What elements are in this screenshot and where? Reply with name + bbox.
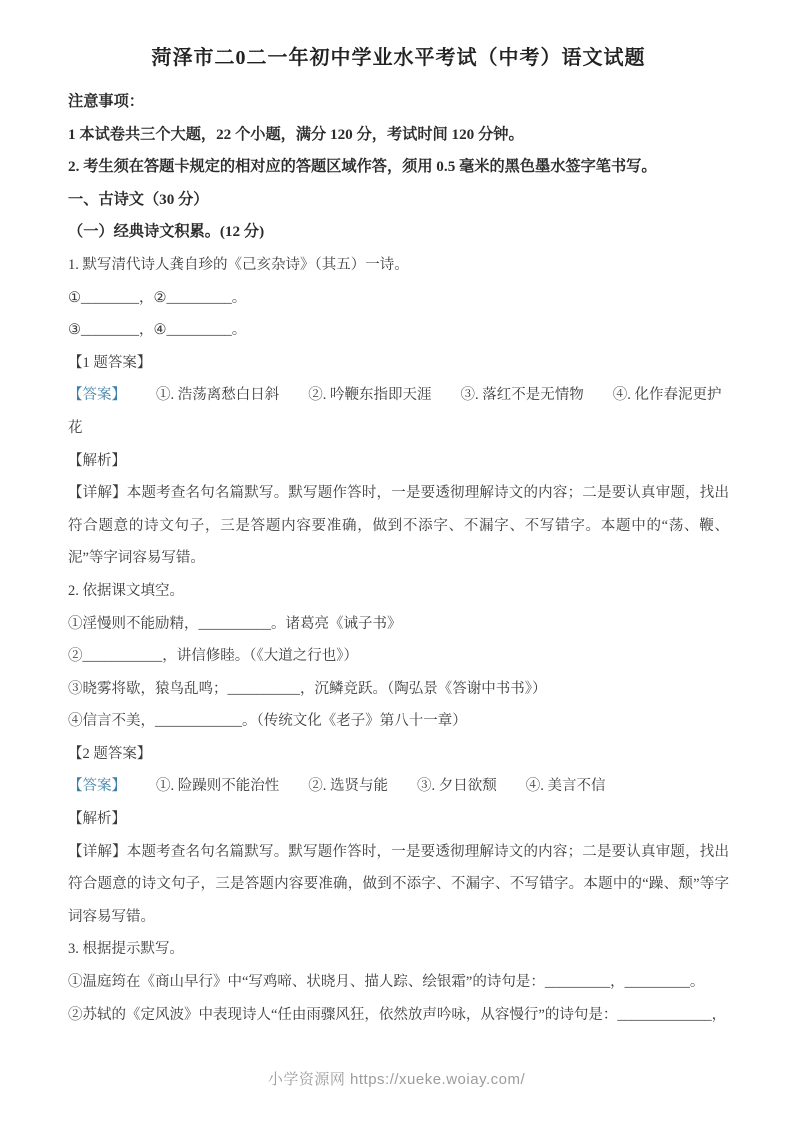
- notice-heading: 注意事项：: [68, 86, 729, 119]
- answer-tag-q1: 【答案】: [68, 387, 126, 403]
- question-2-item-3: ③晓雾将歇，猿鸟乱鸣；__________，沉鳞竞跃。（陶弘景《答谢中书书》）: [68, 673, 729, 706]
- section-1-heading: 一、古诗文（30 分）: [68, 184, 729, 217]
- question-3-item-2: ②苏轼的《定风波》中表现诗人“任由雨骤风狂，依然放声吟咏，从容慢行”的诗句是：_…: [68, 999, 729, 1032]
- answer-header-q1: 【1 题答案】: [68, 347, 729, 380]
- exam-title: 菏泽市二0二一年初中学业水平考试（中考）语文试题: [68, 40, 729, 76]
- question-2-item-1: ①淫慢则不能励精，__________。诸葛亮《诫子书》: [68, 608, 729, 641]
- question-3-stem: 3. 根据提示默写。: [68, 933, 729, 966]
- section-1-sub-heading: （一）经典诗文积累。(12 分): [68, 216, 729, 249]
- notice-item-1: 1 本试卷共三个大题，22 个小题，满分 120 分，考试时间 120 分钟。: [68, 119, 729, 152]
- answer-tag-q2: 【答案】: [68, 778, 126, 794]
- question-2-item-2: ②___________，讲信修睦。（《大道之行也》）: [68, 640, 729, 673]
- question-1-stem: 1. 默写清代诗人龚自珍的《己亥杂诗》（其五）一诗。: [68, 249, 729, 282]
- answer-line-q2: 【答案】①. 险躁则不能治性 ②. 选贤与能 ③. 夕日欲颓 ④. 美言不信: [68, 770, 729, 803]
- analysis-header-q1: 【解析】: [68, 445, 729, 478]
- analysis-detail-q2: 【详解】本题考查名句名篇默写。默写题作答时，一是要透彻理解诗文的内容；二是要认真…: [68, 836, 729, 934]
- question-1-blank-line-1: ①________，②_________。: [68, 282, 729, 315]
- answer-header-q2: 【2 题答案】: [68, 738, 729, 771]
- page-footer: 小学资源网 https://xueke.woiay.com/: [0, 1068, 793, 1089]
- answer-line-q1: 【答案】①. 浩荡离愁白日斜 ②. 吟鞭东指即天涯 ③. 落红不是无情物 ④. …: [68, 379, 729, 444]
- notice-item-2: 2. 考生须在答题卡规定的相对应的答题区域作答，须用 0.5 毫米的黑色墨水签字…: [68, 151, 729, 184]
- analysis-header-q2: 【解析】: [68, 803, 729, 836]
- answer-text-q1: ①. 浩荡离愁白日斜 ②. 吟鞭东指即天涯 ③. 落红不是无情物 ④. 化作春泥…: [68, 387, 722, 436]
- exam-body: 注意事项： 1 本试卷共三个大题，22 个小题，满分 120 分，考试时间 12…: [68, 86, 729, 1031]
- exam-page: 菏泽市二0二一年初中学业水平考试（中考）语文试题 注意事项： 1 本试卷共三个大…: [0, 0, 793, 1031]
- question-2-stem: 2. 依据课文填空。: [68, 575, 729, 608]
- question-3-item-1: ①温庭筠在《商山早行》中“写鸡啼、状晓月、描人踪、绘银霜”的诗句是：______…: [68, 966, 729, 999]
- analysis-detail-q1: 【详解】本题考查名句名篇默写。默写题作答时，一是要透彻理解诗文的内容；二是要认真…: [68, 477, 729, 575]
- question-2-item-4: ④信言不美，____________。（传统文化《老子》第八十一章）: [68, 705, 729, 738]
- question-1-blank-line-2: ③________，④_________。: [68, 314, 729, 347]
- answer-text-q2: ①. 险躁则不能治性 ②. 选贤与能 ③. 夕日欲颓 ④. 美言不信: [156, 778, 606, 794]
